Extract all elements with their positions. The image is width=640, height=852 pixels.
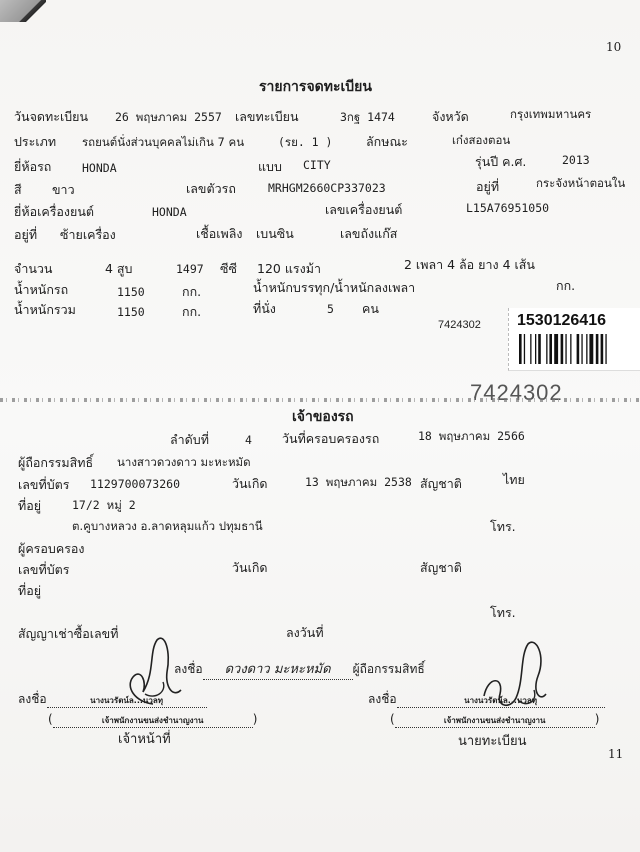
date-of-birth: 13 พฤษภาคม 2538 — [305, 475, 412, 489]
engine-location-label: อยู่ที่ — [14, 228, 37, 242]
axles-wheels: 2 เพลา 4 ล้อ ยาง 4 เส้น — [404, 258, 535, 272]
perforation-line — [0, 398, 640, 402]
total-weight: 1150 — [117, 305, 145, 319]
reg-date: 26 พฤษภาคม 2557 — [115, 110, 222, 124]
engine-brand: HONDA — [152, 205, 187, 219]
lease-label: สัญญาเช่าซื้อเลขที่ — [18, 627, 118, 641]
vehicle-type: รถยนต์นั่งส่วนบุคคลไม่เกิน 7 คน — [82, 135, 244, 149]
total-weight-kg: กก. — [182, 305, 201, 319]
registrar-position: เจ้าพนักงานขนส่งชำนาญงาน — [444, 716, 546, 725]
holder-name: นางสาวดวงดาว มะหะหมัด — [117, 455, 251, 469]
year-label: รุ่นปี ค.ศ. — [475, 155, 526, 169]
engine-location: ซ้ายเครื่อง — [60, 228, 116, 242]
persons-label: คน — [362, 302, 379, 316]
possessor-nationality-label: สัญชาติ — [420, 561, 462, 575]
owner-order: 4 — [245, 433, 252, 447]
gas-tank-label: เลขถังแก๊ส — [340, 227, 397, 241]
ghost-reference-number: 7424302 — [470, 380, 563, 406]
total-weight-label: น้ำหนักรวม — [14, 303, 76, 317]
cc-label: ซีซี — [220, 262, 237, 276]
holder-role: ผู้ถือกรรมสิทธิ์ — [353, 662, 425, 676]
province: กรุงเทพมหานคร — [510, 107, 591, 121]
count-label: จำนวน — [14, 262, 52, 276]
officer-sign-line: ลงชื่อนางนวรัตน์ล...นวลทุ — [18, 690, 207, 709]
weight-kg: กก. — [182, 285, 201, 299]
tel-label: โทร. — [490, 520, 516, 534]
type-code: (รย. 1 ) — [278, 135, 332, 149]
officer-sign-label: ลงชื่อ — [18, 692, 47, 706]
chassis-location: กระจังหน้าตอนใน — [536, 176, 625, 190]
reg-no-label: เลขทะเบียน — [235, 110, 299, 124]
order-label: ลำดับที่ — [170, 433, 209, 447]
province-label: จังหวัด — [432, 110, 469, 124]
seats: 5 — [327, 302, 334, 316]
dob-label: วันเกิด — [232, 477, 268, 491]
reference-number: 7424302 — [438, 318, 481, 332]
nationality: ไทย — [503, 473, 525, 487]
possess-date-label: วันที่ครอบครองรถ — [282, 432, 379, 446]
owner-title: เจ้าของรถ — [292, 410, 354, 424]
engine-cc: 1497 — [176, 262, 204, 276]
style-label: ลักษณะ — [366, 135, 408, 149]
possessor-label: ผู้ครอบครอง — [18, 542, 85, 556]
cylinders: 4 สูบ — [105, 262, 133, 276]
officer-position-line: (เจ้าพนักงานขนส่งชำนาญงาน) — [48, 712, 257, 728]
vehicle-style: เก๋งสองตอน — [452, 133, 510, 147]
engine-brand-label: ยี่ห้อเครื่องยนต์ — [14, 205, 94, 219]
registrar-sign-label: ลงชื่อ — [368, 692, 397, 706]
load-kg: กก. — [556, 279, 575, 293]
folded-corner — [0, 0, 46, 22]
brand: HONDA — [82, 161, 117, 175]
model-year: 2013 — [562, 153, 590, 167]
chassis-number: MRHGM2660CP337023 — [268, 181, 386, 195]
color-label: สี — [14, 183, 22, 197]
registrar-position-line: (เจ้าพนักงานขนส่งชำนาญงาน) — [390, 712, 599, 728]
chassis-location-label: อยู่ที่ — [476, 180, 499, 194]
barcode-number: 1530126416 — [517, 312, 606, 330]
seats-label: ที่นั่ง — [253, 302, 276, 316]
possess-date: 18 พฤษภาคม 2566 — [418, 429, 525, 443]
nationality-label: สัญชาติ — [420, 477, 462, 491]
barcode-sticker: 1530126416 — [508, 308, 640, 371]
id-label: เลขที่บัตร — [18, 478, 69, 492]
model: CITY — [303, 158, 331, 172]
holder-label: ผู้ถือกรรมสิทธิ์ — [18, 456, 93, 470]
officer-name: นางนวรัตน์ล...นวลทุ — [90, 696, 163, 705]
reg-date-label: วันจดทะเบียน — [14, 110, 88, 124]
holder-sign-line: ลงชื่อดวงดาว มะหะหมัดผู้ถือกรรมสิทธิ์ — [174, 658, 425, 680]
fuel-label: เชื้อเพลิง — [196, 227, 243, 241]
holder-sign-label: ลงชื่อ — [174, 662, 203, 676]
sign-date-label: ลงวันที่ — [286, 626, 324, 640]
address-line-1: 17/2 หมู่ 2 — [72, 498, 136, 512]
holder-signature-text: ดวงดาว มะหะหมัด — [225, 662, 331, 677]
registrar-name: นางนวรัตน์ล...นวลทุ — [464, 696, 537, 705]
load-label: น้ำหนักบรรทุก/น้ำหนักลงเพลา — [253, 281, 415, 295]
possessor-dob-label: วันเกิด — [232, 561, 268, 575]
page-number-bottom: 11 — [608, 747, 623, 761]
horsepower: 120 แรงม้า — [257, 262, 321, 276]
chassis-label: เลขตัวรถ — [186, 182, 236, 196]
vehicle-color: ขาว — [52, 183, 75, 197]
id-number: 1129700073260 — [90, 477, 180, 491]
fuel: เบนซิน — [256, 227, 294, 241]
officer-position: เจ้าพนักงานขนส่งชำนาญงาน — [102, 716, 204, 725]
possessor-id-label: เลขที่บัตร — [18, 563, 69, 577]
engine-number: L15A76951050 — [466, 201, 549, 215]
reg-no: 3กฐ 1474 — [340, 110, 395, 124]
registration-title: รายการจดทะเบียน — [259, 80, 372, 94]
page-number-top: 10 — [606, 40, 621, 54]
possessor-address-label: ที่อยู่ — [18, 584, 41, 598]
vehicle-weight: 1150 — [117, 285, 145, 299]
model-label: แบบ — [258, 160, 282, 174]
registration-document: 10 รายการจดทะเบียน วันจดทะเบียน 26 พฤษภา… — [0, 0, 640, 852]
address-label: ที่อยู่ — [18, 499, 41, 513]
weight-label: น้ำหนักรถ — [14, 283, 68, 297]
possessor-tel-label: โทร. — [490, 606, 516, 620]
registrar-sign-line: ลงชื่อนางนวรัตน์ล...นวลทุ — [368, 690, 605, 709]
brand-label: ยี่ห้อรถ — [14, 160, 51, 174]
engine-number-label: เลขเครื่องยนต์ — [325, 203, 402, 217]
barcode-icon — [519, 334, 637, 364]
registrar-role: นายทะเบียน — [458, 735, 527, 749]
type-label: ประเภท — [14, 135, 56, 149]
address-line-2: ต.คูบางหลวง อ.ลาดหลุมแก้ว ปทุมธานี — [72, 519, 263, 533]
officer-role: เจ้าหน้าที่ — [118, 733, 171, 747]
